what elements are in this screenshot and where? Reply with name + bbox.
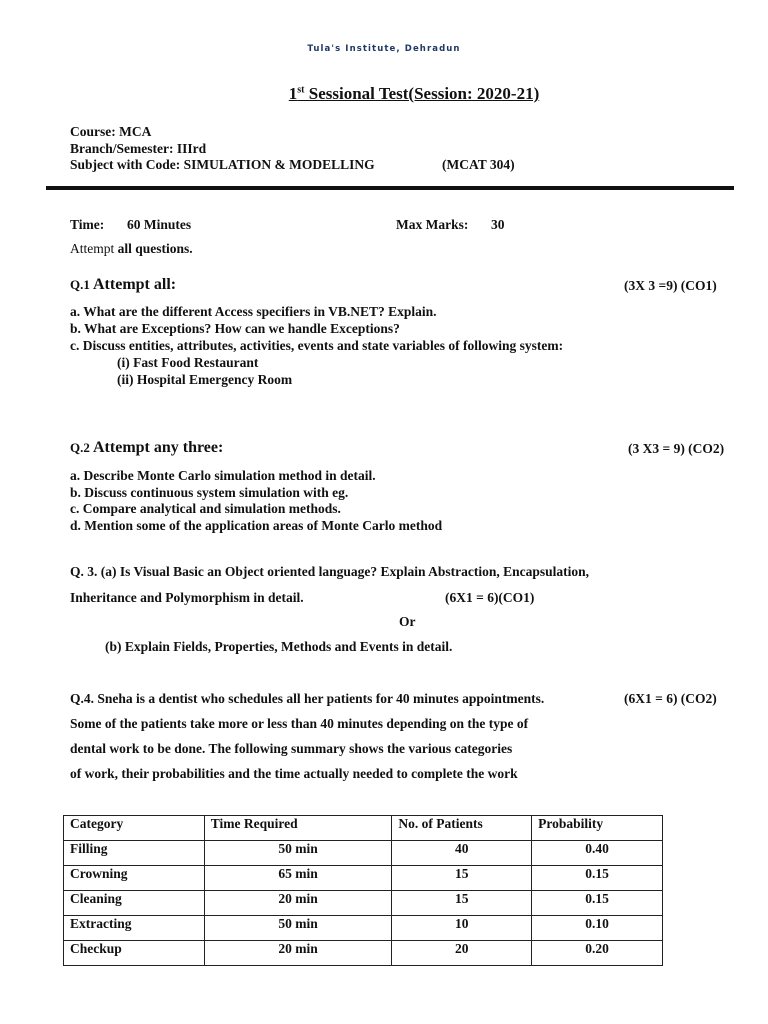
q2-marks: (3 X3 = 9) (CO2) [628,441,724,457]
cell-category: Cleaning [64,891,205,916]
title-text: Sessional Test(Session: 2020-21) [305,84,540,103]
title-superscript: st [297,84,304,95]
time-value: 60 Minutes [127,217,191,233]
q3-line-2: Inheritance and Polymorphism in detail. [70,590,304,606]
subject-code: (MCAT 304) [442,157,515,173]
q1-subitem-ii: (ii) Hospital Emergency Room [117,372,292,388]
header-probability: Probability [532,816,663,841]
header-divider [46,186,734,190]
cell-probability: 0.40 [532,841,663,866]
q4-line-2: Some of the patients take more or less t… [70,716,528,732]
table-row: Extracting 50 min 10 0.10 [64,916,663,941]
header-no-of-patients: No. of Patients [392,816,532,841]
time-label: Time: [70,217,104,233]
cell-patients: 15 [392,866,532,891]
cell-patients: 15 [392,891,532,916]
cell-category: Checkup [64,941,205,966]
q2-item-a: a. Describe Monte Carlo simulation metho… [70,468,376,484]
q1-marks: (3X 3 =9) (CO1) [624,278,717,294]
cell-probability: 0.20 [532,941,663,966]
cell-patients: 20 [392,941,532,966]
q1-number: Q.1 [70,277,90,292]
header-time-required: Time Required [204,816,392,841]
table-row: Filling 50 min 40 0.40 [64,841,663,866]
q1-item-c: c. Discuss entities, attributes, activit… [70,338,563,354]
q1-heading-text: Attempt all: [93,276,176,293]
q4-line-4: of work, their probabilities and the tim… [70,766,518,782]
q4-line-1: Q.4. Sneha is a dentist who schedules al… [70,691,544,707]
max-marks-label: Max Marks: [396,217,468,233]
q2-item-b: b. Discuss continuous system simulation … [70,485,348,501]
instruction-emphasis: all [118,241,132,256]
institute-name: Tula's Institute, Dehradun [0,44,768,54]
q4-marks: (6X1 = 6) (CO2) [624,691,717,707]
cell-patients: 10 [392,916,532,941]
cell-probability: 0.15 [532,891,663,916]
cell-category: Filling [64,841,205,866]
q3-marks: (6X1 = 6)(CO1) [445,590,534,606]
q1-item-b: b. What are Exceptions? How can we handl… [70,321,400,337]
cell-time: 20 min [204,891,392,916]
header-category: Category [64,816,205,841]
q2-heading: Q.2 Attempt any three: [70,439,223,457]
cell-category: Extracting [64,916,205,941]
table-row: Crowning 65 min 15 0.15 [64,866,663,891]
q3-line-1: Q. 3. (a) Is Visual Basic an Object orie… [70,564,589,580]
q2-heading-text: Attempt any three: [93,439,223,456]
instruction-text: Attempt [70,241,118,256]
table-row: Cleaning 20 min 15 0.15 [64,891,663,916]
cell-probability: 0.10 [532,916,663,941]
instruction-end: questions. [132,241,193,256]
cell-category: Crowning [64,866,205,891]
q1-heading: Q.1 Attempt all: [70,276,176,294]
q2-item-c: c. Compare analytical and simulation met… [70,501,341,517]
cell-time: 50 min [204,916,392,941]
q1-item-a: a. What are the different Access specifi… [70,304,437,320]
subject-line: Subject with Code: SIMULATION & MODELLIN… [70,157,375,173]
q1-subitem-i: (i) Fast Food Restaurant [117,355,258,371]
cell-time: 65 min [204,866,392,891]
q3-option-b: (b) Explain Fields, Properties, Methods … [105,639,452,655]
instruction: Attempt all questions. [70,241,193,257]
cell-time: 20 min [204,941,392,966]
page-title: 1st Sessional Test(Session: 2020-21) [0,84,768,104]
cell-patients: 40 [392,841,532,866]
cell-probability: 0.15 [532,866,663,891]
q2-number: Q.2 [70,440,90,455]
table-row: Checkup 20 min 20 0.20 [64,941,663,966]
title-prefix: 1 [289,84,298,103]
q2-item-d: d. Mention some of the application areas… [70,518,442,534]
course-line: Course: MCA [70,124,151,140]
max-marks-value: 30 [491,217,505,233]
table-header-row: Category Time Required No. of Patients P… [64,816,663,841]
work-categories-table: Category Time Required No. of Patients P… [63,815,663,966]
cell-time: 50 min [204,841,392,866]
q4-line-3: dental work to be done. The following su… [70,741,512,757]
q3-or: Or [399,614,416,630]
branch-line: Branch/Semester: IIIrd [70,141,206,157]
